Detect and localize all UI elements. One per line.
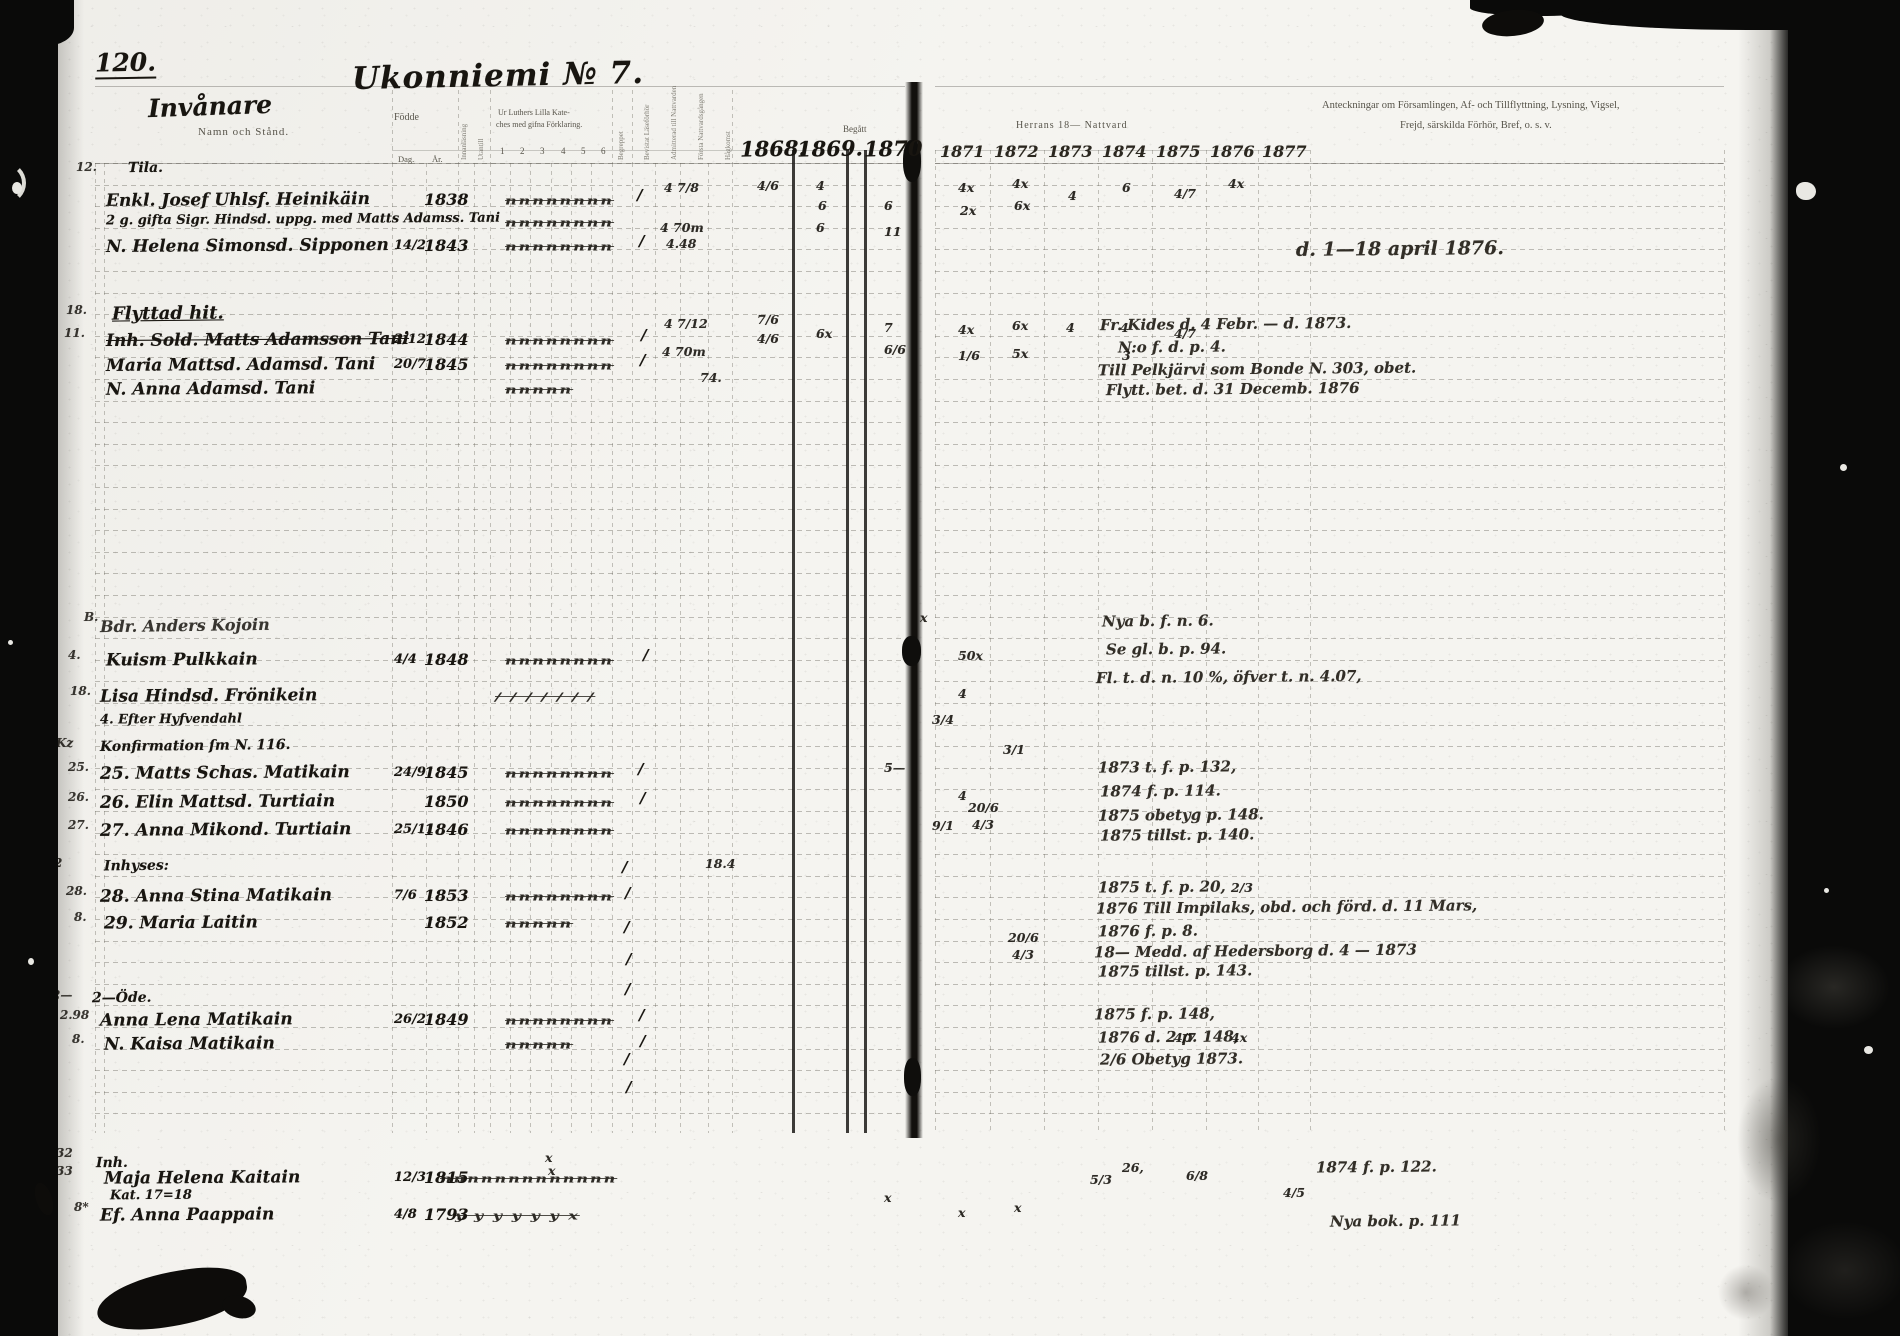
scan-speck [1864,1046,1873,1054]
cell-mark: 6 [884,198,893,213]
ruled-line [95,444,905,445]
cell-mark: 2/3 [1231,880,1253,895]
vertical-column-label: Admitterad till Nattvarden [670,92,678,160]
column-line-header [732,90,733,163]
cell-mark: 4 [1068,188,1077,203]
ruled-line [95,401,905,402]
margin-number: 26. [68,790,89,804]
born-header: Födde [394,112,419,123]
column-line [990,150,991,1133]
cell-mark: 4 [958,686,967,701]
entry-name: Flyttad hit. [112,302,224,324]
catechism-marks: nnnnnnnn [505,194,614,208]
ruled-line [935,401,1724,402]
entry-name: Bdr. Anders Kojoin [100,615,270,636]
ruled-line [935,206,1724,207]
margin-number: 28. [66,884,87,898]
cell-mark: 4 70m [660,220,704,235]
year-label: 1870 [864,135,923,161]
entry-name: 25. Matts Schas. Matikain [100,762,350,784]
ruled-line [935,638,1724,639]
ruled-line [935,833,1724,834]
vertical-column-label: Innanläsning [460,92,468,160]
cell-mark: x [548,1163,555,1178]
slash-mark: / [639,232,644,250]
note: N:o f. d. p. 4. [1118,338,1226,357]
cell-mark: 4/6 [757,178,779,193]
birth-day: 24/9 [394,765,426,780]
catechism-header-line2: ches med gifna Förklaring. [496,120,582,129]
column-line [1258,150,1259,1133]
margin-number: 27. [68,818,89,832]
catechism-marks: nnnnnnnn [505,767,614,781]
ruled-line [95,1005,905,1006]
slash-mark: / [641,326,646,344]
ruled-line [935,595,1724,596]
column-line [708,163,709,1133]
year-label: 1877 [1262,142,1307,161]
column-line [458,163,459,1133]
slash-mark: / [643,646,648,664]
catechism-marks: nnnnnnnn [505,654,614,668]
scan-speck [1840,464,1847,471]
entry-name: Inhyses: [104,858,169,875]
ruled-line [95,228,905,229]
entry-name: 28. Anna Stina Matikain [100,885,332,907]
entry-name: N. Anna Adamsd. Tani [106,378,316,399]
scan-speck [28,958,34,965]
ruled-line [95,293,905,294]
margin-number: 18. [70,684,91,698]
entry-name: Inh. Sold. Matts Adamsson Tani [106,329,409,351]
ruled-line [935,660,1724,661]
column-line [95,163,96,1133]
catechism-marks: / / / / / / / [495,690,595,704]
header-bottom-border [935,163,1724,164]
page-number: 120. [95,47,156,79]
ruled-line [935,530,1724,531]
cell-mark: 7/6 [757,312,779,327]
column-line [1724,150,1725,1133]
margin-number: 8. [74,910,87,924]
note: Fr. Kides d. 4 Febr. — d. 1873. [1100,314,1351,334]
birth-year: 1850 [424,792,469,811]
entry-name: Konfirmation ſm N. 116. [100,737,291,755]
page-title: Ukonniemi № 7. [352,55,645,97]
cell-mark: 5x [1012,346,1028,361]
birth-day: 20/7 [394,357,426,372]
cell-mark: 5— [884,760,905,775]
ruled-line [95,465,905,466]
vertical-column-label: Hågkomst [724,92,732,160]
column-line-header [632,90,633,163]
slash-mark: / [624,1050,629,1068]
birth-day: 4/8 [394,1207,417,1222]
heavy-column-line [864,150,867,1133]
slash-mark: / [640,1032,645,1050]
ruled-line [95,530,905,531]
ruled-line [95,552,905,553]
cell-mark: 3 [1122,348,1131,363]
cell-mark: 4x [1228,176,1244,191]
cell-mark: 4.48 [666,236,696,251]
catechism-marks: nnnnnnnn [505,824,614,838]
born-year-header: År. [432,154,443,164]
ruled-line [95,487,905,488]
birth-year: 1838 [424,190,469,209]
column-line [530,163,531,1133]
slash-mark: / [637,186,642,204]
note: 2/6 Obetyg 1873. [1100,1049,1243,1068]
birth-year: 1846 [424,820,469,839]
ruled-line [95,876,905,877]
cell-mark: 6 [816,220,825,235]
column-line-header [458,90,459,163]
cell-mark: 26, [1122,1160,1144,1175]
scan-speck [12,182,22,194]
entry-name: 2 g. gifta Sigr. Hindsd. uppg. med Matts… [106,211,500,229]
cell-mark: 6 [818,198,827,213]
name-column-header: Namn och Stånd. [198,126,289,138]
cell-mark: 6 [1122,180,1131,195]
entry-name: Maja Helena Kaitain [104,1167,300,1188]
slash-mark: / [625,980,630,998]
cell-mark: 4 [816,178,825,193]
margin-number: 11. [64,326,85,340]
entry-name: N. Helena Simonsd. Sipponen [106,235,389,257]
scan-speck [1824,888,1829,893]
year-label: 1871 [940,142,985,161]
catechism-number: 5 [581,146,586,156]
note: 1874 f. p. 114. [1100,781,1221,800]
cell-mark: 3/1 [1003,742,1025,757]
scan-speck [1796,182,1816,200]
ruled-line [95,1070,905,1071]
column-line [1098,150,1099,1133]
ruled-line [935,185,1724,186]
note: Flytt. bet. d. 31 Decemb. 1876 [1106,379,1360,399]
note: 1875 t. f. p. 20, [1098,877,1226,896]
cell-mark: 6x [1014,198,1030,213]
cell-mark: 74. [700,370,722,385]
cell-mark: 50x [958,648,983,663]
vertical-column-label: Utantill [477,92,485,160]
ruled-line [935,293,1724,294]
entry-name: Lisa Hindsd. Frönikein [100,685,317,707]
header-bottom-border [95,163,905,164]
catechism-marks: nnnnn [505,917,573,931]
entry-name: 2—Öde. [92,990,152,1007]
column-line [935,150,936,1133]
ruled-line [95,509,905,510]
cell-mark: 4/6 [757,331,779,346]
margin-number: 4. [68,648,81,662]
column-line [571,163,572,1133]
cell-mark: 4 7/8 [664,180,699,195]
ruled-line [935,1070,1724,1071]
birth-year: 1845 [424,355,469,374]
entry-name: Kat. 17=18 [110,1188,192,1204]
catechism-marks: nnnnnnnnnnnnn [440,1172,617,1186]
scan-speck [8,640,13,645]
ruled-line [935,962,1724,963]
catechism-marks: nnnnnnnn [505,216,614,230]
ruled-line [935,228,1724,229]
margin-number: 18. [66,303,87,317]
entry-name: Ef. Anna Paappain [100,1204,274,1225]
vertical-column-label: Begreppet [617,92,625,160]
ruled-line [95,595,905,596]
ruled-line [935,357,1724,358]
catechism-marks: nnnnnnnn [505,1014,614,1028]
ruled-line [935,573,1724,574]
note: 1875 obetyg p. 148. [1098,805,1264,824]
cell-mark: 6x [1012,318,1028,333]
column-line [490,163,491,1133]
table-top-border [935,86,1724,87]
slash-mark: / [624,918,629,936]
cell-mark: x [958,1205,965,1220]
ruled-line [95,854,905,855]
margin-number: 33 [56,1164,73,1178]
entry-name: 27. Anna Mikond. Turtiain [100,819,352,841]
entry-name: Kuism Pulkkain [106,649,258,670]
cell-mark: 4 [1120,320,1129,335]
birth-year: 1844 [424,330,469,349]
column-line [392,163,393,1133]
note: d. 1—18 april 1876. [1296,237,1504,261]
birth-day: 7/6 [394,888,417,903]
ruled-line [95,1092,905,1093]
cell-mark: x [920,610,927,625]
birth-year: 1853 [424,886,469,905]
ruled-line [935,919,1724,920]
cell-mark: 4/3 [972,817,994,832]
cell-mark: 4x [1012,176,1028,191]
note: 1875 f. p. 148, [1094,1004,1215,1023]
slash-mark: / [626,1078,631,1096]
entry-name: Anna Lena Matikain [100,1009,293,1030]
birth-day: 2/12 [394,332,426,347]
ruled-line [95,185,905,186]
scanned-ledger-page: 120. Ukonniemi № 7. Invånare Namn och St… [0,0,1900,1336]
ruled-line [935,746,1724,747]
ruled-line [935,487,1724,488]
ruled-line [935,703,1724,704]
ruled-line [935,1027,1724,1028]
slash-mark: / [640,789,645,807]
cell-mark: 5/3 [1090,1172,1112,1187]
catechism-number: 6 [601,146,606,156]
ruled-line [935,422,1724,423]
ruled-line [935,811,1724,812]
column-line-header [490,90,491,163]
ruled-line [935,854,1724,855]
margin-number: B. [84,610,98,624]
column-line [612,163,613,1133]
cell-mark: 20/6 [968,800,999,815]
cell-mark: 2x [960,203,976,218]
column-line [551,163,552,1133]
cell-mark: 9/1 [932,818,954,833]
column-line [1044,150,1045,1133]
cell-mark: 4 [958,788,967,803]
cell-mark: 6/8 [1186,1168,1208,1183]
ruled-line [95,962,905,963]
ruled-line [935,725,1724,726]
entry-name: Enkl. Josef Uhlsf. Heinikäin [106,189,370,211]
note: 1875 tillst. p. 143. [1098,961,1252,980]
catechism-marks: nnnnnnnn [505,240,614,254]
binding-ink-blotch [902,636,921,666]
communion-header-right: Herrans 18— Nattvard [1016,120,1128,131]
catechism-number: 1 [500,146,505,156]
notes-header-line2: Frejd, särskilda Förhör, Bref, o. s. v. [1400,120,1552,131]
note: Nya bok. p. 111 [1330,1211,1461,1230]
note: Fl. t. d. n. 10 %, öfver t. n. 4.07, [1096,667,1362,687]
ruled-line [95,422,905,423]
catechism-header-line1: Ur Luthers Lilla Kate- [498,108,570,117]
column-line [510,163,511,1133]
vertical-column-label: Bevistat Läseförhör [643,92,651,160]
cell-mark: x [884,1190,891,1205]
margin-number: 32 [56,1146,73,1160]
catechism-marks: y y y y y y x [455,1209,580,1223]
birth-day: 12/3 [394,1170,426,1185]
birth-day: 14/2 [394,238,426,253]
margin-number: 12. [76,160,97,174]
ruled-line [95,681,905,682]
catechism-number: 2 [520,146,525,156]
ruled-line [935,789,1724,790]
margin-number: 8. [72,1032,85,1046]
catechism-marks: nnnnnnnn [505,334,614,348]
cell-mark: 4 70m [662,344,706,359]
note: 1876 d. 2 p. 148, [1098,1027,1239,1046]
note: Till Pelkjärvi som Bonde N. 303, obet. [1098,359,1416,380]
note: 1876 f. p. 8. [1098,922,1198,941]
column-line-header [392,90,393,163]
entry-name: Tila. [128,160,163,176]
cell-mark: 6x [816,326,832,341]
cell-mark: 3/4 [932,712,954,727]
cell-mark: 4x [1231,1030,1247,1045]
note: 1875 tillst. p. 140. [1100,825,1254,844]
ruled-line [935,336,1724,337]
catechism-marks: nnnnnnnn [505,359,614,373]
slash-mark: / [639,1006,644,1024]
column-line [680,163,681,1133]
margin-number: 8* [74,1200,89,1214]
cell-mark: 4/3 [1012,947,1034,962]
column-line [632,163,633,1133]
ruled-line [935,465,1724,466]
ruled-line [935,1092,1724,1093]
cell-mark: 1/6 [958,348,980,363]
slash-mark: / [625,884,630,902]
ruled-line [95,984,905,985]
residents-heading: Invånare [148,90,273,123]
cell-mark: 4x [958,180,974,195]
ruled-line [935,1049,1724,1050]
margin-number: 25. [68,760,89,774]
ruled-line [935,617,1724,618]
note: 18— Medd. af Hedersborg d. 4 — 1873 [1094,941,1417,962]
ruled-line [95,573,905,574]
ruled-line [95,1113,905,1114]
slash-mark: / [640,351,645,369]
binding-ink-blotch [904,1058,921,1096]
cell-mark: 7 [884,320,893,335]
column-line [426,163,427,1133]
ruled-line [95,789,905,790]
ruled-line [935,444,1724,445]
ruled-line [935,768,1724,769]
cell-mark: 4/7 [1174,186,1196,201]
cell-mark: 6/6 [884,342,906,357]
cell-mark: 4/5 [1283,1185,1305,1200]
ruled-line [935,876,1724,877]
entry-name: Maria Mattsd. Adamsd. Tani [106,354,375,376]
catechism-marks: nnnnnnnn [505,796,614,810]
birth-year: 1845 [424,763,469,782]
entry-name: N. Kaisa Matikain [104,1033,275,1054]
cell-mark: x [1014,1200,1021,1215]
cell-mark: 4x [958,322,974,337]
margin-number: Kz [56,736,73,750]
column-line-header [612,90,613,163]
ruled-line [935,509,1724,510]
communion-header-left: Begått [843,124,867,134]
column-line [732,163,733,1133]
column-line [655,163,656,1133]
cell-mark: 20/6 [1008,930,1039,945]
catechism-marks: nnnnn [505,1038,573,1052]
cell-mark: 4 7/12 [664,316,708,331]
ruled-line [95,941,905,942]
note: 1874 f. p. 122. [1316,1157,1437,1176]
slash-mark: / [622,858,627,876]
cell-mark: 4 [1066,320,1075,335]
ruled-line [95,638,905,639]
heavy-column-line [846,150,849,1133]
birth-day: 4/4 [394,652,417,667]
ruled-line [935,1113,1724,1114]
entry-name: 4. Efter Hyfvendahl [100,712,242,728]
catechism-number: 3 [540,146,545,156]
notes-header-line1: Anteckningar om Församlingen, Af- och Ti… [1322,100,1620,111]
year-label: 1874 [1102,142,1147,161]
ruled-line [935,552,1724,553]
slash-mark: / [638,760,643,778]
vertical-column-label: Första Nattvardsgången [697,92,705,160]
note: Nya b. f. n. 6. [1102,612,1214,631]
right-scan-border [1788,0,1900,1336]
ruled-line [95,271,905,272]
year-label: 1872 [994,142,1039,161]
cell-mark: 18.4 [705,856,735,871]
cell-mark: 11 [884,224,901,239]
note: 1873 t. f. p. 132, [1098,757,1236,776]
cell-mark: 4/7 [1174,1030,1196,1045]
note: Se gl. b. p. 94. [1106,639,1226,658]
birth-day: 26/2 [394,1012,426,1027]
column-line [474,163,475,1133]
slash-mark: / [626,950,631,968]
ruled-line [935,271,1724,272]
column-line [1310,150,1311,1133]
ruled-line [935,1005,1724,1006]
